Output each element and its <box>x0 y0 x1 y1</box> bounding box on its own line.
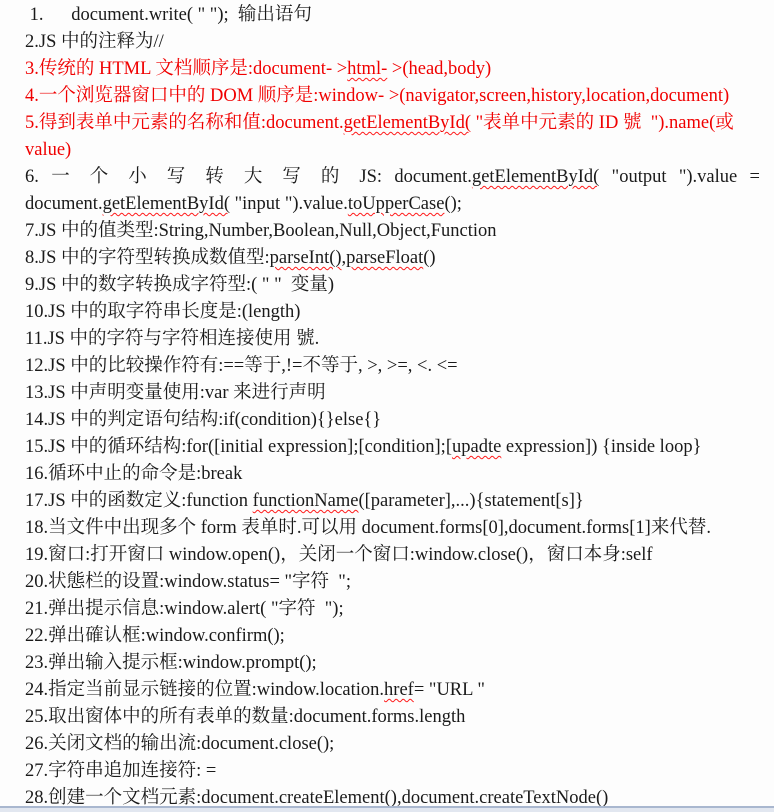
doc-line: 12.JS 中的比较操作符有:==等于,!=不等于, >, >=, <. <= <box>25 353 760 380</box>
doc-line: 3.传统的 HTML 文档顺序是:document- >html- >(head… <box>25 56 760 83</box>
text-segment: 12.JS 中的比较操作符有:==等于,!=不等于, >, >=, <. <= <box>25 356 458 376</box>
doc-line: 18.当文件中出现多个 form 表单时.可以用 document.forms[… <box>25 515 760 542</box>
text-segment: document. <box>402 788 480 808</box>
doc-line: 21.弹出提示信息:window.alert( "字符 "); <box>25 596 760 623</box>
spellcheck-underlined-term: parseFloat <box>346 248 423 268</box>
doc-line: 13.JS 中声明变量使用:var 来进行声明 <box>25 380 760 407</box>
text-segment: = "URL " <box>414 680 485 700</box>
doc-line: 6. 一 个 小 写 转 大 写 的 JS: document.getEleme… <box>25 164 760 191</box>
spellcheck-underlined-term: html- <box>347 59 387 79</box>
text-segment: 1. document.write( " "); 输出语句 <box>25 5 312 25</box>
doc-line: 20.状態栏的设置:window.status= "字符 "; <box>25 569 760 596</box>
doc-line: 24.指定当前显示链接的位置:window.location.href= "UR… <box>25 677 760 704</box>
doc-line: 1. document.write( " "); 输出语句 <box>25 2 760 29</box>
text-segment: 5.得到表单中元素的名称和值:document. <box>25 113 344 133</box>
text-segment: 21.弹出提示信息:window.alert( "字符 "); <box>25 599 344 619</box>
spellcheck-underlined-term: toUpperCase <box>348 194 445 214</box>
doc-line: 17.JS 中的函数定义:function functionName([para… <box>25 488 760 515</box>
doc-line: document.getElementById( "input ").value… <box>25 191 760 218</box>
text-segment: 28.创建一个文档元素:document. <box>25 788 279 808</box>
text-segment: 4.一个浏览器窗口中的 DOM 顺序是:window- >(navigator,… <box>25 86 729 106</box>
doc-line: 10.JS 中的取字符串长度是:(length) <box>25 299 760 326</box>
text-segment: 26.关闭文档的输出流:document.close(); <box>25 734 334 754</box>
text-segment: 17.JS 中的函数定义:function <box>25 491 253 511</box>
text-segment: 11.JS 中的字符与字符相连接使用 號. <box>25 329 319 349</box>
doc-line: 23.弹出输入提示框:window.prompt(); <box>25 650 760 677</box>
doc-line: 9.JS 中的数字转换成字符型:( " " 变量) <box>25 272 760 299</box>
doc-line: 11.JS 中的字符与字符相连接使用 號. <box>25 326 760 353</box>
text-segment: () <box>423 248 435 268</box>
text-segment: 7.JS 中的值类型:String,Number,Boolean,Null,Ob… <box>25 221 497 241</box>
spellcheck-underlined-term: getElementById( <box>103 194 230 214</box>
doc-line: 15.JS 中的循环结构:for([initial expression];[c… <box>25 434 760 461</box>
text-segment: 25.取出窗体中的所有表单的数量:document.forms.length <box>25 707 465 727</box>
spellcheck-underlined-term: createElement() <box>279 788 397 808</box>
text-segment: 14.JS 中的判定语句结构:if(condition){}else{} <box>25 410 381 430</box>
text-segment: 22.弹出確认框:window.confirm(); <box>25 626 285 646</box>
doc-line: 14.JS 中的判定语句结构:if(condition){}else{} <box>25 407 760 434</box>
doc-line: 4.一个浏览器窗口中的 DOM 顺序是:window- >(navigator,… <box>25 83 760 110</box>
spellcheck-underlined-term: createTextNode() <box>479 788 608 808</box>
doc-line: 16.循环中止的命令是:break <box>25 461 760 488</box>
doc-line: 5.得到表单中元素的名称和值:document.getElementById( … <box>25 110 760 137</box>
text-segment: 16.循环中止的命令是:break <box>25 464 242 484</box>
text-segment: "表单中元素的 ID 號 ").name(或 <box>471 113 734 133</box>
doc-line: 19.窗口:打开窗口 window.open()，关闭一个窗口:window.c… <box>25 542 760 569</box>
text-segment: ([parameter],...){statement[s]} <box>358 491 583 511</box>
text-segment: document. <box>25 194 103 214</box>
window-bottom-edge <box>0 806 774 812</box>
spellcheck-underlined-term: functionName <box>253 491 359 511</box>
text-segment: 8.JS 中的字符型转换成数值型: <box>25 248 270 268</box>
text-segment: 6. 一 个 小 写 转 大 写 的 JS: document. <box>25 167 472 187</box>
text-segment: >(head,body) <box>387 59 491 79</box>
spellcheck-underlined-term: getElementById( <box>472 167 599 187</box>
spellcheck-underlined-term: parseInt() <box>270 248 342 268</box>
doc-line: 26.关闭文档的输出流:document.close(); <box>25 731 760 758</box>
text-segment: 27.字符串追加连接符: = <box>25 761 216 781</box>
text-segment: 15.JS 中的循环结构:for([initial expression];[c… <box>25 437 452 457</box>
text-segment: 13.JS 中声明变量使用:var 来进行声明 <box>25 383 326 403</box>
text-segment: 19.窗口:打开窗口 window.open()，关闭一个窗口:window.c… <box>25 545 653 565</box>
text-segment: 20.状態栏的设置:window.status= "字符 "; <box>25 572 351 592</box>
text-segment: 10.JS 中的取字符串长度是:(length) <box>25 302 300 322</box>
doc-line: 8.JS 中的字符型转换成数值型:parseInt(),parseFloat() <box>25 245 760 272</box>
text-segment: 24.指定当前显示链接的位置:window.location. <box>25 680 384 700</box>
doc-line: 25.取出窗体中的所有表单的数量:document.forms.length <box>25 704 760 731</box>
text-segment: 2.JS 中的注释为// <box>25 32 164 52</box>
doc-line: value) <box>25 137 760 164</box>
text-segment: value) <box>25 140 71 160</box>
text-segment: 23.弹出输入提示框:window.prompt(); <box>25 653 317 673</box>
doc-line: 2.JS 中的注释为// <box>25 29 760 56</box>
text-segment: 9.JS 中的数字转换成字符型:( " " 变量) <box>25 275 334 295</box>
text-segment: expression]) {inside loop} <box>501 437 701 457</box>
text-segment: 3.传统的 HTML 文档顺序是:document- > <box>25 59 347 79</box>
text-segment: 18.当文件中出现多个 form 表单时.可以用 document.forms[… <box>25 518 711 538</box>
spellcheck-underlined-term: getElementById( <box>344 113 471 133</box>
text-segment: (); <box>444 194 461 214</box>
text-segment: "input ").value. <box>230 194 348 214</box>
document-page: 1. document.write( " "); 输出语句2.JS 中的注释为/… <box>0 0 774 812</box>
spellcheck-underlined-term: upadte <box>452 437 501 457</box>
doc-line: 22.弹出確认框:window.confirm(); <box>25 623 760 650</box>
spellcheck-underlined-term: href <box>384 680 414 700</box>
doc-line: 7.JS 中的值类型:String,Number,Boolean,Null,Ob… <box>25 218 760 245</box>
text-segment: "output ").value = <box>599 167 760 187</box>
doc-line: 27.字符串追加连接符: = <box>25 758 760 785</box>
